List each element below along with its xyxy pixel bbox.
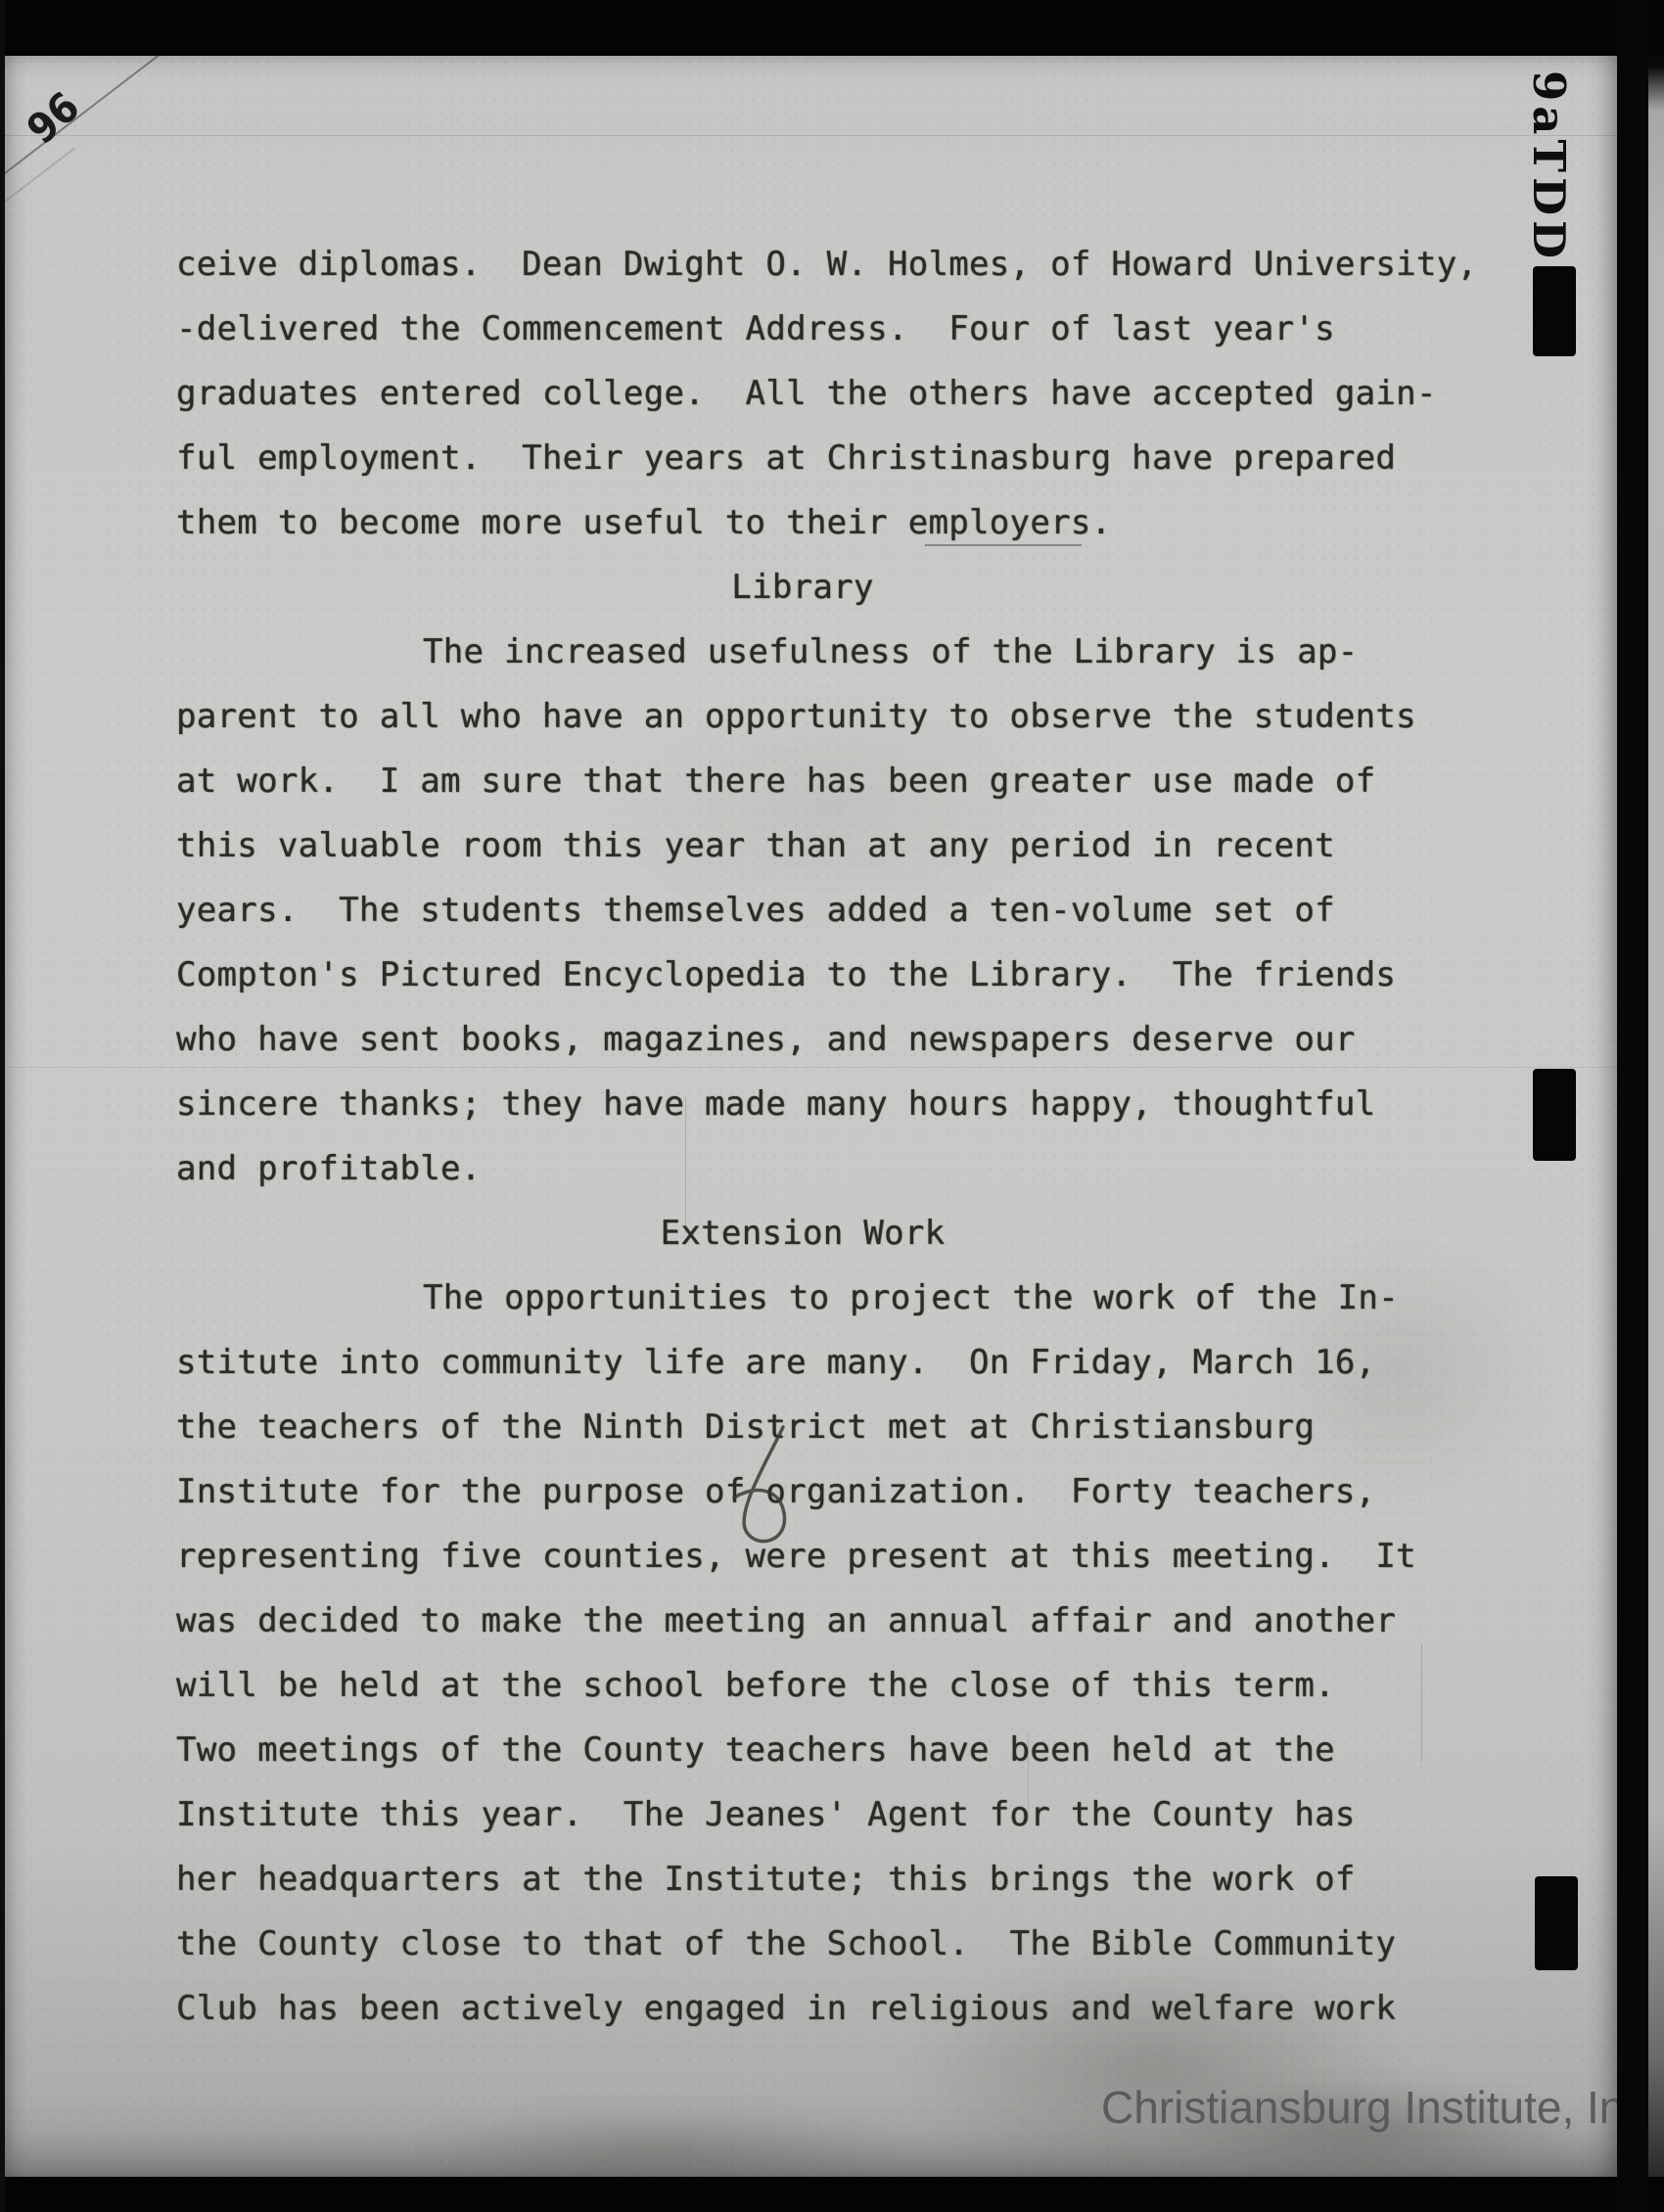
stray-underline-mark: [925, 544, 1082, 546]
film-top-band: [0, 0, 1664, 56]
typed-line: The opportunities to project the work of…: [176, 1266, 1488, 1330]
typed-line: her headquarters at the Institute; this …: [176, 1847, 1488, 1912]
typed-line: sincere thanks; they have made many hour…: [176, 1072, 1488, 1136]
typed-line: The increased usefulness of the Library …: [176, 620, 1488, 684]
section-heading: Library: [176, 555, 1488, 620]
pen-scribble-mark: [685, 1409, 901, 1586]
watermark: Christiansburg Institute, Inc: [1101, 2081, 1646, 2134]
film-registration-mark: [1535, 1876, 1578, 1970]
section-heading: Extension Work: [176, 1201, 1488, 1266]
typed-line: who have sent books, magazines, and news…: [176, 1007, 1488, 1072]
film-bottom-band: [0, 2177, 1664, 2212]
typed-line: years. The students themselves added a t…: [176, 878, 1488, 943]
film-edge-strip: [1648, 0, 1664, 2212]
film-registration-mark: [1533, 1069, 1576, 1161]
typed-line: -delivered the Commencement Address. Fou…: [176, 297, 1488, 361]
typed-line: stitute into community life are many. On…: [176, 1330, 1488, 1395]
film-left-edge: [0, 0, 5, 2212]
typed-line: the County close to that of the School. …: [176, 1912, 1488, 1976]
typed-line: ceive diplomas. Dean Dwight O. W. Holmes…: [176, 232, 1488, 297]
typed-line: Compton's Pictured Encyclopedia to the L…: [176, 943, 1488, 1007]
film-frame-code: 9aTDD: [1523, 70, 1575, 263]
typed-text-block: ceive diplomas. Dean Dwight O. W. Holmes…: [176, 232, 1488, 2041]
typed-line: was decided to make the meeting an annua…: [176, 1589, 1488, 1653]
typed-line: parent to all who have an opportunity to…: [176, 684, 1488, 749]
film-right-bar: [1617, 0, 1648, 2212]
crease-line: [5, 135, 1617, 136]
typed-line: Two meetings of the County teachers have…: [176, 1718, 1488, 1782]
typed-line: and profitable.: [176, 1136, 1488, 1201]
typed-line: graduates entered college. All the other…: [176, 361, 1488, 426]
typed-line: this valuable room this year than at any…: [176, 813, 1488, 878]
film-registration-mark: [1533, 266, 1576, 356]
typed-line: them to become more useful to their empl…: [176, 490, 1488, 555]
typed-line: will be held at the school before the cl…: [176, 1653, 1488, 1718]
typed-line: ful employment. Their years at Christina…: [176, 426, 1488, 490]
typed-line: at work. I am sure that there has been g…: [176, 749, 1488, 813]
typed-line: Club has been actively engaged in religi…: [176, 1976, 1488, 2041]
typed-line: Institute this year. The Jeanes' Agent f…: [176, 1782, 1488, 1847]
